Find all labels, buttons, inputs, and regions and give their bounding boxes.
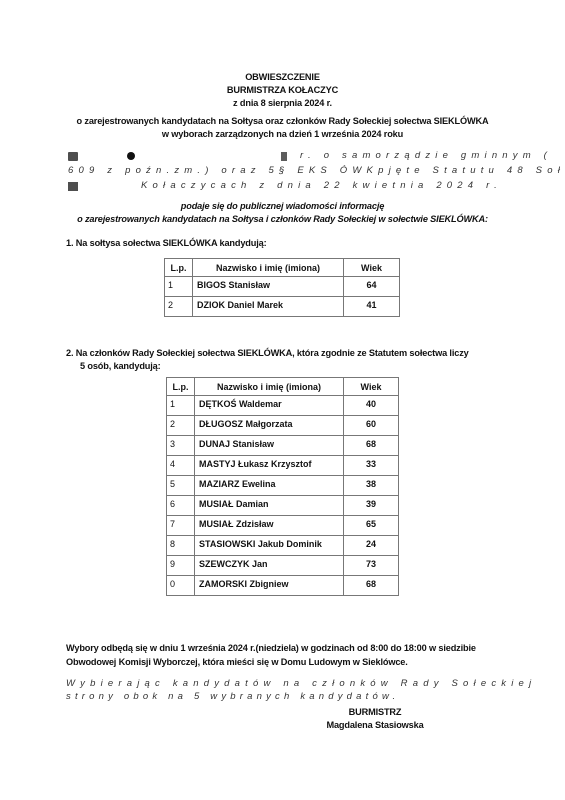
row-number: 3 <box>167 436 195 456</box>
table-row: 3DUNAJ Stanisław68 <box>167 436 399 456</box>
candidate-name: MUSIAŁ Zdzisław <box>195 516 344 536</box>
column-header-name: Nazwisko i imię (imiona) <box>195 378 344 396</box>
candidate-name: ZAMORSKI Zbigniew <box>195 576 344 596</box>
section1-heading: 1. Na sołtysa sołectwa SIEKLÓWKA kandydu… <box>66 237 267 249</box>
candidate-age: 68 <box>344 436 399 456</box>
column-header-lp: L.p. <box>165 259 193 277</box>
table-row: 6MUSIAŁ Damian39 <box>167 496 399 516</box>
candidate-name: MASTYJ Łukasz Krzysztof <box>195 456 344 476</box>
column-header-age: Wiek <box>344 259 400 277</box>
column-header-name: Nazwisko i imię (imiona) <box>193 259 344 277</box>
row-number: 0 <box>167 576 195 596</box>
artifact-glyph <box>127 152 135 160</box>
notice-subject-line2: w wyborach zarządzonych na dzień 1 wrześ… <box>0 128 565 140</box>
notice-date: z dnia 8 sierpnia 2024 r. <box>0 97 565 109</box>
row-number: 5 <box>167 476 195 496</box>
legal-basis-paragraph: r. o samorządzie gminnym ( 609 z poźn.zm… <box>68 152 565 197</box>
row-number: 6 <box>167 496 195 516</box>
legal-basis-line3: Kołaczycach z dnia 22 kwietnia 2024 r. <box>141 180 565 191</box>
candidate-age: 60 <box>344 416 399 436</box>
candidate-age: 38 <box>344 476 399 496</box>
candidate-name: SZEWCZYK Jan <box>195 556 344 576</box>
table-row: 1DĘTKOŚ Waldemar40 <box>167 396 399 416</box>
voting-note-line2: strony obok na 5 wybranych kandydatów. <box>66 691 565 702</box>
table-header-row: L.p. Nazwisko i imię (imiona) Wiek <box>167 378 399 396</box>
candidate-age: 39 <box>344 496 399 516</box>
row-number: 9 <box>167 556 195 576</box>
intro-line1: podaje się do publicznej wiadomości info… <box>0 200 565 212</box>
table-row: 7MUSIAŁ Zdzisław65 <box>167 516 399 536</box>
candidate-name: BIGOS Stanisław <box>193 277 344 297</box>
candidate-age: 68 <box>344 576 399 596</box>
candidate-name: MUSIAŁ Damian <box>195 496 344 516</box>
candidate-name: DĘTKOŚ Waldemar <box>195 396 344 416</box>
table-row: 1BIGOS Stanisław64 <box>165 277 400 297</box>
table-row: 0ZAMORSKI Zbigniew68 <box>167 576 399 596</box>
table-row: 9SZEWCZYK Jan73 <box>167 556 399 576</box>
voting-note-line1: Wybierając kandydatów na członków Rady S… <box>66 678 565 689</box>
signature-role: BURMISTRZ <box>320 706 430 718</box>
column-header-lp: L.p. <box>167 378 195 396</box>
row-number: 1 <box>167 396 195 416</box>
council-candidates-table: L.p. Nazwisko i imię (imiona) Wiek 1DĘTK… <box>166 377 399 596</box>
row-number: 1 <box>165 277 193 297</box>
row-number: 7 <box>167 516 195 536</box>
table-row: 8STASIOWSKI Jakub Dominik24 <box>167 536 399 556</box>
column-header-age: Wiek <box>344 378 399 396</box>
candidate-age: 33 <box>344 456 399 476</box>
row-number: 4 <box>167 456 195 476</box>
table-row: 4MASTYJ Łukasz Krzysztof33 <box>167 456 399 476</box>
section2-heading-line1: 2. Na członków Rady Sołeckiej sołectwa S… <box>66 347 469 359</box>
candidate-age: 40 <box>344 396 399 416</box>
row-number: 2 <box>165 297 193 317</box>
artifact-glyph <box>281 152 287 161</box>
section2-heading-line2: 5 osób, kandydują: <box>80 360 161 372</box>
candidate-name: DŁUGOSZ Małgorzata <box>195 416 344 436</box>
notice-issuer: BURMISTRZA KOŁACZYC <box>0 84 565 96</box>
table-row: 5MAZIARZ Ewelina38 <box>167 476 399 496</box>
table-row: 2DZIOK Daniel Marek41 <box>165 297 400 317</box>
notice-subject-line1: o zarejestrowanych kandydatach na Sołtys… <box>0 115 565 127</box>
row-number: 8 <box>167 536 195 556</box>
artifact-glyph <box>68 152 78 161</box>
candidate-name: DUNAJ Stanisław <box>195 436 344 456</box>
intro-line2: o zarejestrowanych kandydatach na Sołtys… <box>0 213 565 225</box>
election-info-line1: Wybory odbędą się w dniu 1 września 2024… <box>66 642 476 654</box>
soltys-candidates-table: L.p. Nazwisko i imię (imiona) Wiek 1BIGO… <box>164 258 400 317</box>
candidate-age: 24 <box>344 536 399 556</box>
election-info-line2: Obwodowej Komisji Wyborczej, która mieśc… <box>66 656 408 668</box>
notice-title: OBWIESZCZENIE <box>0 71 565 83</box>
legal-basis-line1: r. o samorządzie gminnym ( <box>300 150 565 161</box>
candidate-age: 73 <box>344 556 399 576</box>
candidate-age: 65 <box>344 516 399 536</box>
candidate-age: 41 <box>344 297 400 317</box>
candidate-name: DZIOK Daniel Marek <box>193 297 344 317</box>
signature-name: Magdalena Stasiowska <box>310 719 440 731</box>
candidate-age: 64 <box>344 277 400 297</box>
row-number: 2 <box>167 416 195 436</box>
candidate-name: MAZIARZ Ewelina <box>195 476 344 496</box>
table-header-row: L.p. Nazwisko i imię (imiona) Wiek <box>165 259 400 277</box>
table-row: 2DŁUGOSZ Małgorzata60 <box>167 416 399 436</box>
candidate-name: STASIOWSKI Jakub Dominik <box>195 536 344 556</box>
legal-basis-line2: 609 z poźn.zm.) oraz 5§ EKS ÓWKpjęte Sta… <box>68 165 565 176</box>
artifact-glyph <box>68 182 78 191</box>
